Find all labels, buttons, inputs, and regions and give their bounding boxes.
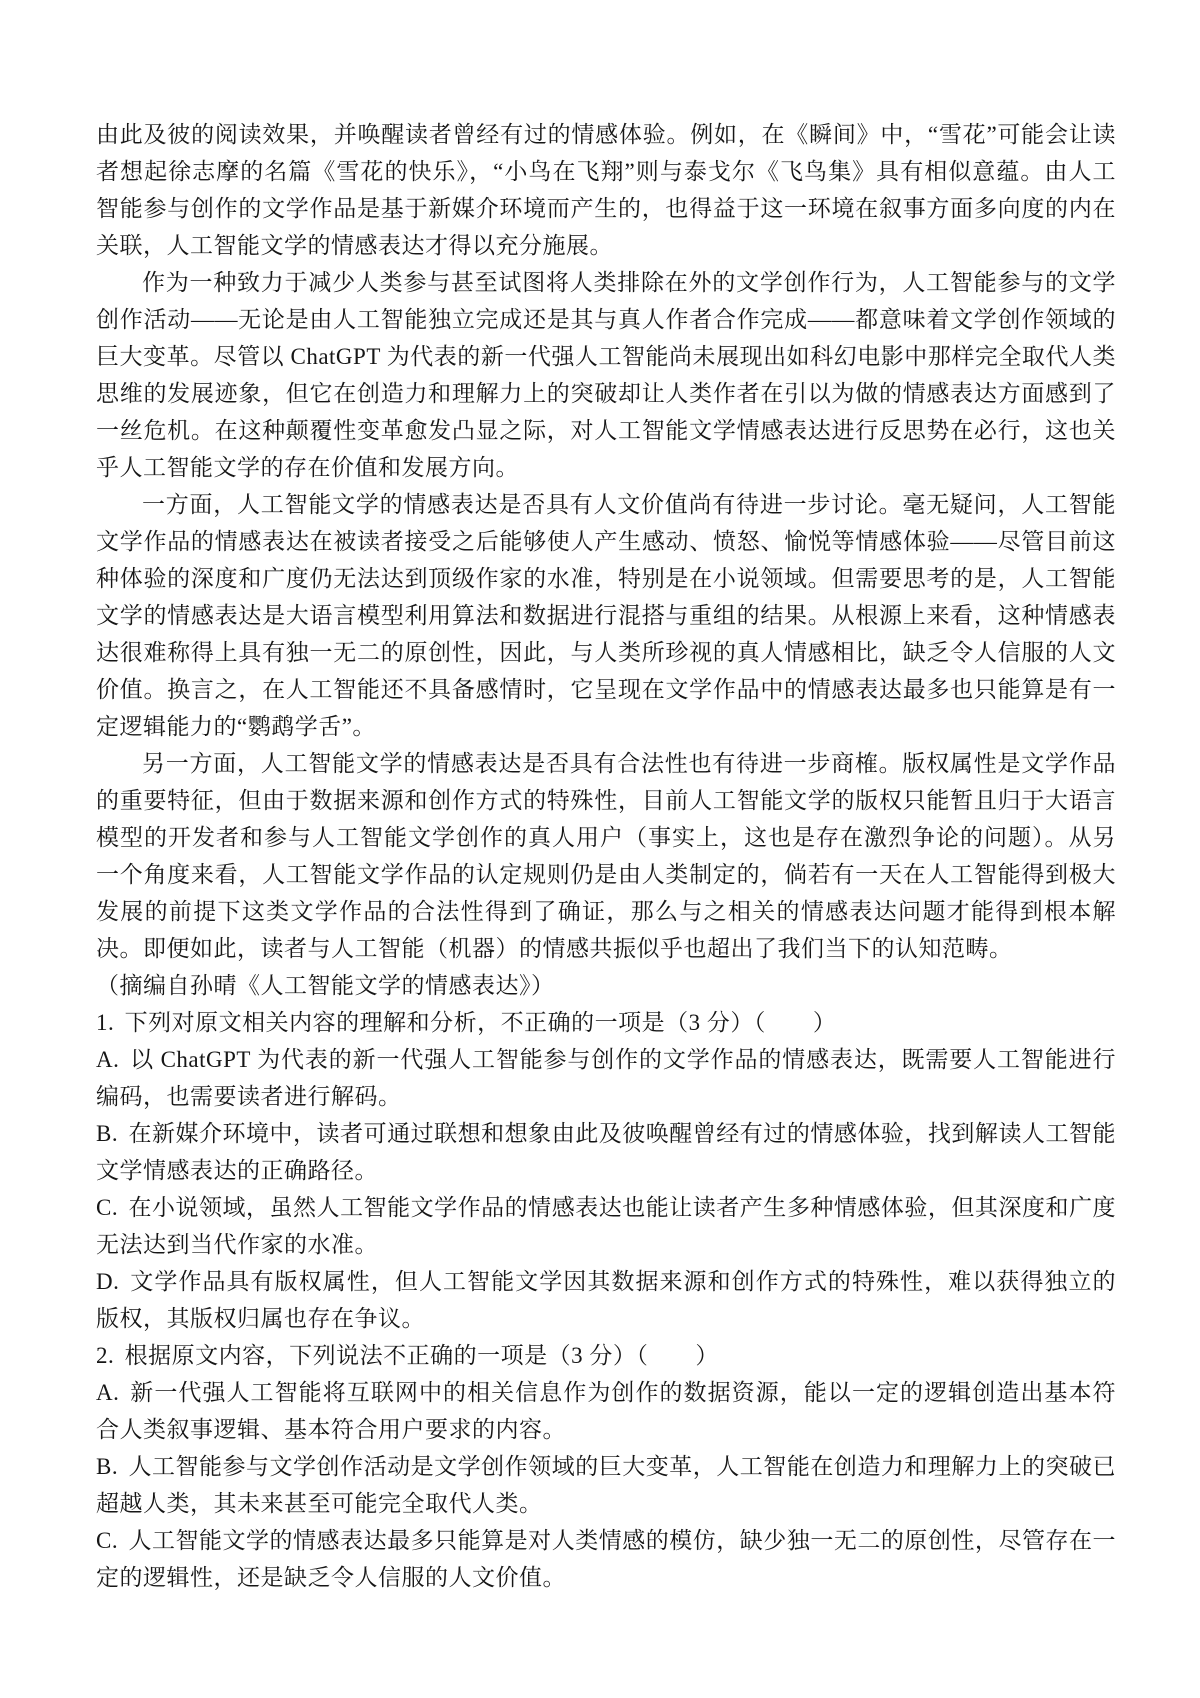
question-2: 2.根据原文内容，下列说法不正确的一项是（3 分）（ ） A.新一代强人工智能将… <box>96 1337 1116 1596</box>
option-b-label: B. <box>96 1448 118 1485</box>
passage-paragraph-2: 作为一种致力于减少人类参与甚至试图将人类排除在外的文学创作行为，人工智能参与的文… <box>96 264 1116 486</box>
option-a-label: A. <box>96 1374 119 1411</box>
option-b-text: 在新媒介环境中，读者可通过联想和想象由此及彼唤醒曾经有过的情感体验，找到解读人工… <box>96 1121 1116 1183</box>
question-2-stem: 2.根据原文内容，下列说法不正确的一项是（3 分）（ ） <box>96 1337 1116 1374</box>
question-1-option-b: B.在新媒介环境中，读者可通过联想和想象由此及彼唤醒曾经有过的情感体验，找到解读… <box>96 1115 1116 1189</box>
exam-page: 由此及彼的阅读效果，并唤醒读者曾经有过的情感体验。例如，在《瞬间》中，“雪花”可… <box>0 0 1200 1698</box>
reading-passage: 由此及彼的阅读效果，并唤醒读者曾经有过的情感体验。例如，在《瞬间》中，“雪花”可… <box>96 116 1116 1004</box>
question-1-option-d: D.文学作品具有版权属性，但人工智能文学因其数据来源和创作方式的特殊性，难以获得… <box>96 1263 1116 1337</box>
question-2-stem-text: 根据原文内容，下列说法不正确的一项是（3 分）（ ） <box>125 1343 719 1368</box>
option-a-text: 以 ChatGPT 为代表的新一代强人工智能参与创作的文学作品的情感表达，既需要… <box>96 1047 1116 1109</box>
passage-paragraph-4: 另一方面，人工智能文学的情感表达是否具有合法性也有待进一步商榷。版权属性是文学作… <box>96 745 1116 967</box>
option-c-label: C. <box>96 1189 118 1226</box>
option-d-label: D. <box>96 1263 119 1300</box>
option-a-text: 新一代强人工智能将互联网中的相关信息作为创作的数据资源，能以一定的逻辑创造出基本… <box>96 1380 1116 1442</box>
question-1-number: 1. <box>96 1004 114 1041</box>
option-b-text: 人工智能参与文学创作活动是文学创作领域的巨大变革，人工智能在创造力和理解力上的突… <box>96 1454 1116 1516</box>
question-1-stem: 1.下列对原文相关内容的理解和分析，不正确的一项是（3 分）（ ） <box>96 1004 1116 1041</box>
option-c-text: 人工智能文学的情感表达最多只能算是对人类情感的模仿，缺少独一无二的原创性，尽管存… <box>96 1528 1116 1590</box>
question-1-stem-text: 下列对原文相关内容的理解和分析，不正确的一项是（3 分）（ ） <box>125 1010 837 1035</box>
question-1: 1.下列对原文相关内容的理解和分析，不正确的一项是（3 分）（ ） A.以 Ch… <box>96 1004 1116 1337</box>
passage-paragraph-3: 一方面，人工智能文学的情感表达是否具有人文价值尚有待进一步讨论。毫无疑问，人工智… <box>96 486 1116 745</box>
passage-paragraph-1: 由此及彼的阅读效果，并唤醒读者曾经有过的情感体验。例如，在《瞬间》中，“雪花”可… <box>96 116 1116 264</box>
passage-attribution: （摘编自孙晴《人工智能文学的情感表达》） <box>96 967 1116 1004</box>
question-2-option-b: B.人工智能参与文学创作活动是文学创作领域的巨大变革，人工智能在创造力和理解力上… <box>96 1448 1116 1522</box>
option-b-label: B. <box>96 1115 118 1152</box>
option-c-label: C. <box>96 1522 118 1559</box>
option-c-text: 在小说领域，虽然人工智能文学作品的情感表达也能让读者产生多种情感体验，但其深度和… <box>96 1195 1116 1257</box>
option-a-label: A. <box>96 1041 119 1078</box>
question-2-option-a: A.新一代强人工智能将互联网中的相关信息作为创作的数据资源，能以一定的逻辑创造出… <box>96 1374 1116 1448</box>
question-2-number: 2. <box>96 1337 114 1374</box>
question-1-option-a: A.以 ChatGPT 为代表的新一代强人工智能参与创作的文学作品的情感表达，既… <box>96 1041 1116 1115</box>
question-2-option-c: C.人工智能文学的情感表达最多只能算是对人类情感的模仿，缺少独一无二的原创性，尽… <box>96 1522 1116 1596</box>
option-d-text: 文学作品具有版权属性，但人工智能文学因其数据来源和创作方式的特殊性，难以获得独立… <box>96 1269 1116 1331</box>
question-1-option-c: C.在小说领域，虽然人工智能文学作品的情感表达也能让读者产生多种情感体验，但其深… <box>96 1189 1116 1263</box>
